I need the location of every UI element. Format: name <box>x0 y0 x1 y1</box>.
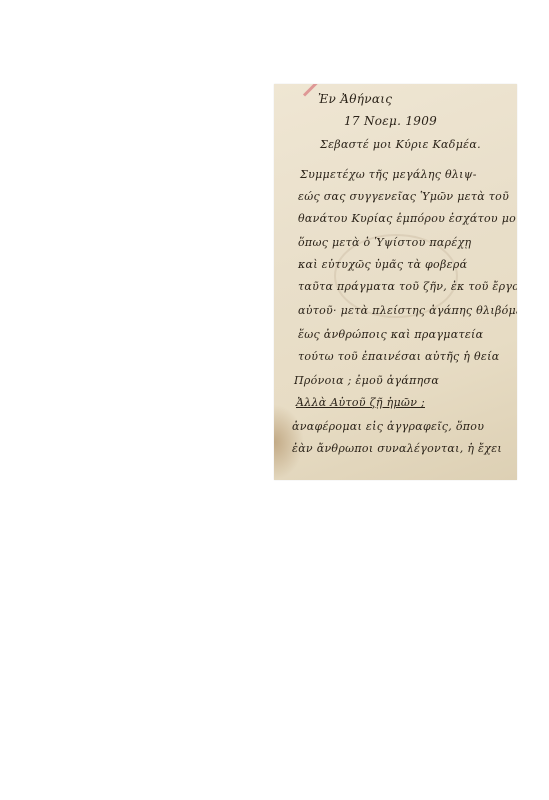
letter-line: τούτω τοῦ ἐπαινέσαι αὐτῆς ἡ θεία <box>298 350 499 363</box>
letter-line: εώς σας συγγενεῖας Ὑμῶν μετὰ τοῦ <box>298 190 509 203</box>
letter-line: ἕως ἀνθρώποις καὶ πραγματεία <box>298 328 483 341</box>
letter-line: Ἀλλὰ Αὐτοῦ ζῇ ἡμῶν ; <box>296 396 425 409</box>
letter-line: αὐτοῦ· μετὰ πλείστης ἀγάπης θλιβόμεθα <box>298 304 517 317</box>
letter-line: Πρόνοια ; ἐμοῦ ἀγάπησα <box>294 374 439 387</box>
letter-line: Συμμετέχω τῆς μεγάλης θλιψ- <box>300 168 477 181</box>
letter-line: ἀναφέρομαι εἰς ἀγγραφεῖς, ὅπου <box>292 420 484 433</box>
letter-line: θανάτου Κυρίας ἐμπόρου ἐσχάτου μου <box>298 212 517 225</box>
scanned-letter-page: Ἐν Ἀθήναις 17 Νοεμ. 1909 Σεβαστέ μοι Κύρ… <box>274 84 517 480</box>
letter-salutation: Σεβαστέ μοι Κύριε Καδμέα. <box>320 138 481 151</box>
letter-place: Ἐν Ἀθήναις <box>318 92 392 106</box>
letter-line: ἐὰν ἄνθρωποι συναλέγονται, ἡ ἔχει <box>292 442 502 455</box>
letter-line: ταῦτα πράγματα τοῦ ζῆν, ἐκ τοῦ ἔργου <box>298 280 517 293</box>
letter-line: καὶ εὐτυχῶς ὑμᾶς τὰ φοβερά <box>298 258 467 271</box>
letter-date: 17 Νοεμ. 1909 <box>344 114 437 128</box>
letter-line: ὅπως μετὰ ὁ Ὑψίστου παρέχῃ <box>298 236 471 249</box>
